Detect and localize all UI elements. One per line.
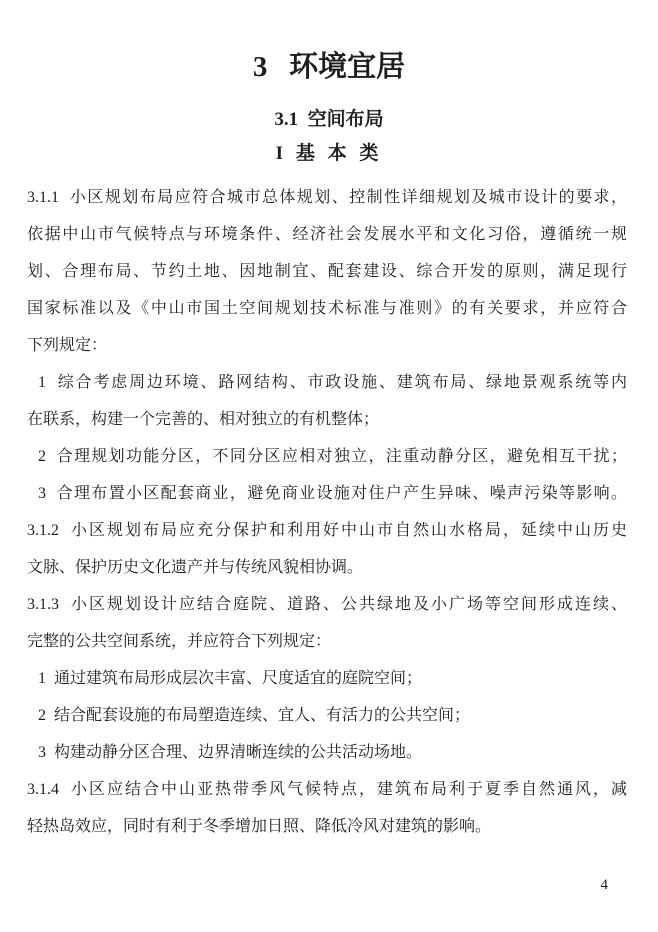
clause-3-1-2-line-2: 文脉、保护历史文化遗产并与传统风貌相协调。 [27, 549, 627, 586]
document-page: 3 环境宜居 3.1 空间布局 I 基 本 类 3.1.1 小区规划布局应符合城… [0, 0, 658, 932]
page-number: 4 [601, 878, 609, 893]
clause-3-1-4-line-2: 轻热岛效应，同时有利于冬季增加日照、降低冷风对建筑的影响。 [27, 808, 627, 845]
clause-3-1-1-line-2: 依据中山市气候特点与环境条件、经济社会发展水平和文化习俗，遵循统一规 [27, 216, 627, 253]
clause-3-1-2-line-1: 3.1.2 小区规划布局应充分保护和利用好中山市自然山水格局，延续中山历史 [27, 512, 627, 549]
chapter-title: 3 环境宜居 [0, 0, 658, 84]
clause-3-1-3-line-2: 完整的公共空间系统，并应符合下列规定： [27, 623, 627, 660]
clause-3-1-3-line-1: 3.1.3 小区规划设计应结合庭院、道路、公共绿地及小广场等空间形成连续、 [27, 586, 627, 623]
clause-3-1-1-item-2-line-1: 2 合理规划功能分区，不同分区应相对独立，注重动静分区，避免相互干扰； [27, 438, 627, 475]
clause-3-1-1-item-1-line-2: 在联系，构建一个完善的、相对独立的有机整体； [27, 401, 627, 438]
clause-3-1-1-item-3-line-1: 3 合理布置小区配套商业，避免商业设施对住户产生异味、噪声污染等影响。 [27, 475, 627, 512]
clause-3-1-1-line-5: 下列规定： [27, 327, 627, 364]
clause-3-1-3-item-3-line-1: 3 构建动静分区合理、边界清晰连续的公共活动场地。 [27, 734, 627, 771]
group-title: I 基 本 类 [0, 131, 658, 165]
clause-3-1-3-item-1-line-1: 1 通过建筑布局形成层次丰富、尺度适宜的庭院空间； [27, 660, 627, 697]
clause-3-1-1-line-4: 国家标准以及《中山市国土空间规划技术标准与准则》的有关要求，并应符合 [27, 290, 627, 327]
clause-3-1-1-line-1: 3.1.1 小区规划布局应符合城市总体规划、控制性详细规划及城市设计的要求， [27, 179, 627, 216]
clause-3-1-1-item-1-line-1: 1 综合考虑周边环境、路网结构、市政设施、建筑布局、绿地景观系统等内 [27, 364, 627, 401]
clause-3-1-3-item-2-line-1: 2 结合配套设施的布局塑造连续、宜人、有活力的公共空间； [27, 697, 627, 734]
section-title: 3.1 空间布局 [0, 84, 658, 131]
clause-3-1-4-line-1: 3.1.4 小区应结合中山亚热带季风气候特点，建筑布局利于夏季自然通风，减 [27, 771, 627, 808]
clause-3-1-1-line-3: 划、合理布局、节约土地、因地制宜、配套建设、综合开发的原则，满足现行 [27, 253, 627, 290]
document-body: 3.1.1 小区规划布局应符合城市总体规划、控制性详细规划及城市设计的要求，依据… [0, 179, 658, 845]
